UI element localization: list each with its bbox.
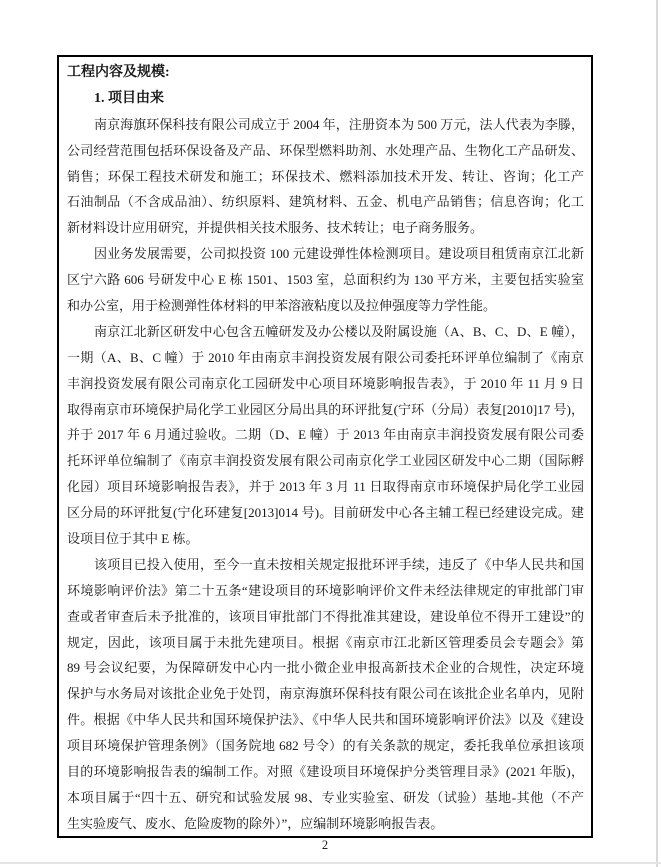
text-line: 环境影响评价法》第二十五条“建设项目的环境影响评价文件未经法律规定的审批部门审 <box>67 578 584 604</box>
text-line: 查或者审查后未予批准的，该项目审批部门不得批准其建设，建设单位不得开工建设”的 <box>67 604 584 630</box>
section-heading: 1. 项目由来 <box>67 86 584 112</box>
text-line: 区宁六路 606 号研发中心 E 栋 1501、1503 室，总面积约为 130… <box>67 267 584 293</box>
text-line: 南京海旗环保科技有限公司成立于 2004 年，注册资本为 500 万元，法人代表… <box>67 112 584 138</box>
text-line: 托环评单位编制了《南京丰润投资发展有限公司南京化学工业园区研发中心二期（国际孵 <box>67 448 584 474</box>
text-line: 89 号会议纪要，为保障研发中心内一批小微企业申报高新技术企业的合规性，决定环境 <box>67 655 584 681</box>
text-line: 化园）项目环境影响报告表》，并于 2013 年 3 月 11 日取得南京市环境保… <box>67 474 584 500</box>
text-line: 项目环境保护管理条例》（国务院地 682 号令）的有关条款的规定，委托我单位承担… <box>67 733 584 759</box>
content-cell: 工程内容及规模: 1. 项目由来 南京海旗环保科技有限公司成立于 2004 年，… <box>57 55 593 838</box>
document-page: 工程内容及规模: 1. 项目由来 南京海旗环保科技有限公司成立于 2004 年，… <box>0 0 661 867</box>
text-line: 并于 2017 年 6 月通过验收。二期（D、E 幢）于 2013 年由南京丰润… <box>67 422 584 448</box>
text-line: 石油制品（不含成品油）、纺织原料、建筑材料、五金、机电产品销售；信息咨询；化工 <box>67 189 584 215</box>
scan-edge-bottom <box>0 862 661 864</box>
text-line: 该项目已投入使用，至今一直未按相关规定报批环评手续，违反了《中华人民共和国 <box>67 552 584 578</box>
text-line: 目的环境影响报告表的编制工作。对照《建设项目环境保护分类管理目录》(2021 年… <box>67 759 584 785</box>
text-line: 本项目属于“四十五、研究和试验发展 98、专业实验室、研发（试验）基地-其他（不… <box>67 785 584 811</box>
text-line: 新材料设计应用研究，并提供相关技术服务、技术转让；电子商务服务。 <box>67 215 584 241</box>
text-line: 规定，因此，该项目属于未批先建项目。根据《南京市江北新区管理委员会专题会》第 <box>67 630 584 656</box>
text-line: 和办公室，用于检测弹性体材料的甲苯溶液粘度以及拉伸强度等力学性能。 <box>67 293 584 319</box>
page-number: 2 <box>57 838 593 853</box>
section-title: 工程内容及规模: <box>67 60 584 86</box>
text-line: 生实验废气、废水、危险废物的除外）”，应编制环境影响报告表。 <box>67 811 584 837</box>
text-line: 公司经营范围包括环保设备及产品、环保型燃料助剂、水处理产品、生物化工产品研发、 <box>67 138 584 164</box>
text-line: 件。根据《中华人民共和国环境保护法》、《中华人民共和国环境影响评价法》以及《建设 <box>67 707 584 733</box>
text-line: 南京江北新区研发中心包含五幢研发及办公楼以及附属设施（A、B、C、D、E 幢）， <box>67 319 584 345</box>
text-line: 区分局的环评批复(宁化环建复[2013]014 号)。目前研发中心各主辅工程已经… <box>67 500 584 526</box>
text-line: 销售；环保工程技术研发和施工；环保技术、燃料添加技术开发、转让、咨询；化工产品、 <box>67 164 584 190</box>
text-line: 设项目位于其中 E 栋。 <box>67 526 584 552</box>
text-line: 一期（A、B、C 幢）于 2010 年由南京丰润投资发展有限公司委托环评单位编制… <box>67 345 584 371</box>
scan-edge-right <box>656 0 658 867</box>
text-line: 保护与水务局对该批企业免于处罚，南京海旗环保科技有限公司在该批企业名单内，见附 <box>67 681 584 707</box>
text-line: 因业务发展需要，公司拟投资 100 元建设弹性体检测项目。建设项目租赁南京江北新 <box>67 241 584 267</box>
text-line: 丰润投资发展有限公司南京化工园研发中心项目环境影响报告表》，于 2010 年 1… <box>67 371 584 397</box>
text-line: 取得南京市环境保护局化学工业园区分局出具的环评批复(宁环（分局）表复[2010]… <box>67 397 584 423</box>
document-body: 南京海旗环保科技有限公司成立于 2004 年，注册资本为 500 万元，法人代表… <box>67 112 584 837</box>
